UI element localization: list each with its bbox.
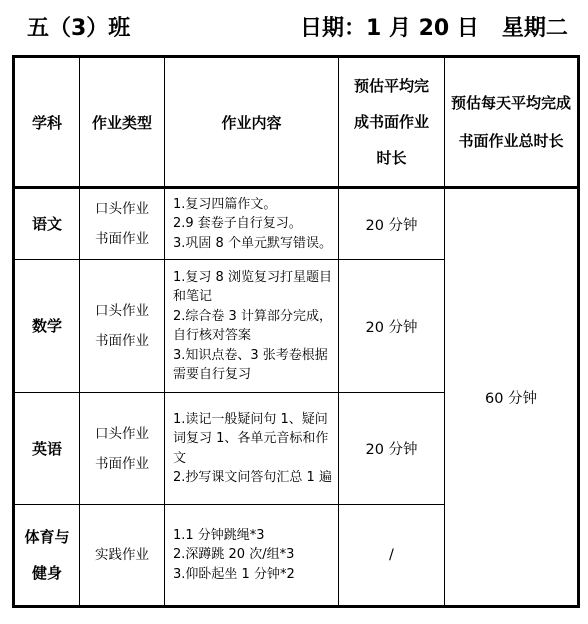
type-label: 实践作业 [80, 540, 164, 570]
content-item: 1.复习四篇作文。 [173, 195, 334, 215]
content-item: 2.9 套卷子自行复习。 [173, 214, 334, 234]
column-header-content: 作业内容 [165, 57, 339, 188]
content-item: 1.读记一般疑问句 1、疑问词复习 1、各单元音标和作文 [173, 410, 334, 469]
date-label: 日期：1 月 20 日 星期二 [300, 11, 568, 42]
column-header-type: 作业类型 [80, 57, 165, 188]
header-line: 预估平均完 [339, 68, 444, 104]
column-header-subject: 学科 [14, 57, 80, 188]
table-header-row: 学科 作业类型 作业内容 预估平均完 成书面作业 时长 预估每天平均完成 书面作… [14, 57, 579, 188]
content-cell: 1.1 分钟跳绳*3 2.深蹲跳 20 次/组*3 3.仰卧起坐 1 分钟*2 [165, 505, 339, 607]
column-header-total-time: 预估每天平均完成 书面作业总时长 [445, 57, 579, 188]
subject-label: 英语 [15, 431, 79, 467]
duration-cell: / [339, 505, 445, 607]
type-cell: 口头作业 书面作业 [80, 188, 165, 260]
content-cell: 1.读记一般疑问句 1、疑问词复习 1、各单元音标和作文 2.抄写课文问答句汇总… [165, 393, 339, 505]
column-header-avg-time: 预估平均完 成书面作业 时长 [339, 57, 445, 188]
content-item: 3.巩固 8 个单元默写错误。 [173, 234, 334, 254]
type-label: 书面作业 [80, 224, 164, 254]
header-line: 书面作业总时长 [445, 122, 577, 160]
type-label: 口头作业 [80, 419, 164, 449]
subject-cell: 数学 [14, 260, 80, 393]
content-item: 2.深蹲跳 20 次/组*3 [173, 545, 334, 565]
type-cell: 实践作业 [80, 505, 165, 607]
subject-cell: 语文 [14, 188, 80, 260]
content-item: 1.1 分钟跳绳*3 [173, 526, 334, 546]
header-line: 预估每天平均完成 [445, 84, 577, 122]
content-item: 2.综合卷 3 计算部分完成，自行核对答案 [173, 307, 334, 346]
content-cell: 1.复习 8 浏览复习打星题目和笔记 2.综合卷 3 计算部分完成，自行核对答案… [165, 260, 339, 393]
title-bar: 五（3）班 日期：1 月 20 日 星期二 [0, 8, 588, 42]
subject-label: 语文 [15, 206, 79, 242]
duration-cell: 20 分钟 [339, 393, 445, 505]
content-cell: 1.复习四篇作文。 2.9 套卷子自行复习。 3.巩固 8 个单元默写错误。 [165, 188, 339, 260]
duration-cell: 20 分钟 [339, 188, 445, 260]
type-label: 口头作业 [80, 194, 164, 224]
duration-cell: 20 分钟 [339, 260, 445, 393]
total-duration-cell: 60 分钟 [445, 188, 579, 607]
type-label: 口头作业 [80, 296, 164, 326]
content-item: 3.知识点卷、3 张考卷根据需要自行复习 [173, 346, 334, 385]
subject-label: 体育与 [15, 519, 79, 555]
type-cell: 口头作业 书面作业 [80, 393, 165, 505]
class-name: 五（3）班 [27, 11, 130, 42]
content-item: 3.仰卧起坐 1 分钟*2 [173, 565, 334, 585]
homework-table: 学科 作业类型 作业内容 预估平均完 成书面作业 时长 预估每天平均完成 书面作… [12, 55, 580, 608]
header-line: 时长 [339, 140, 444, 176]
type-cell: 口头作业 书面作业 [80, 260, 165, 393]
type-label: 书面作业 [80, 326, 164, 356]
subject-cell: 体育与 健身 [14, 505, 80, 607]
subject-label: 数学 [15, 308, 79, 344]
content-item: 1.复习 8 浏览复习打星题目和笔记 [173, 268, 334, 307]
subject-label: 健身 [15, 555, 79, 591]
type-label: 书面作业 [80, 449, 164, 479]
table-row-chinese: 语文 口头作业 书面作业 1.复习四篇作文。 2.9 套卷子自行复习。 3.巩固… [14, 188, 579, 260]
header-line: 成书面作业 [339, 104, 444, 140]
content-item: 2.抄写课文问答句汇总 1 遍 [173, 468, 334, 488]
subject-cell: 英语 [14, 393, 80, 505]
